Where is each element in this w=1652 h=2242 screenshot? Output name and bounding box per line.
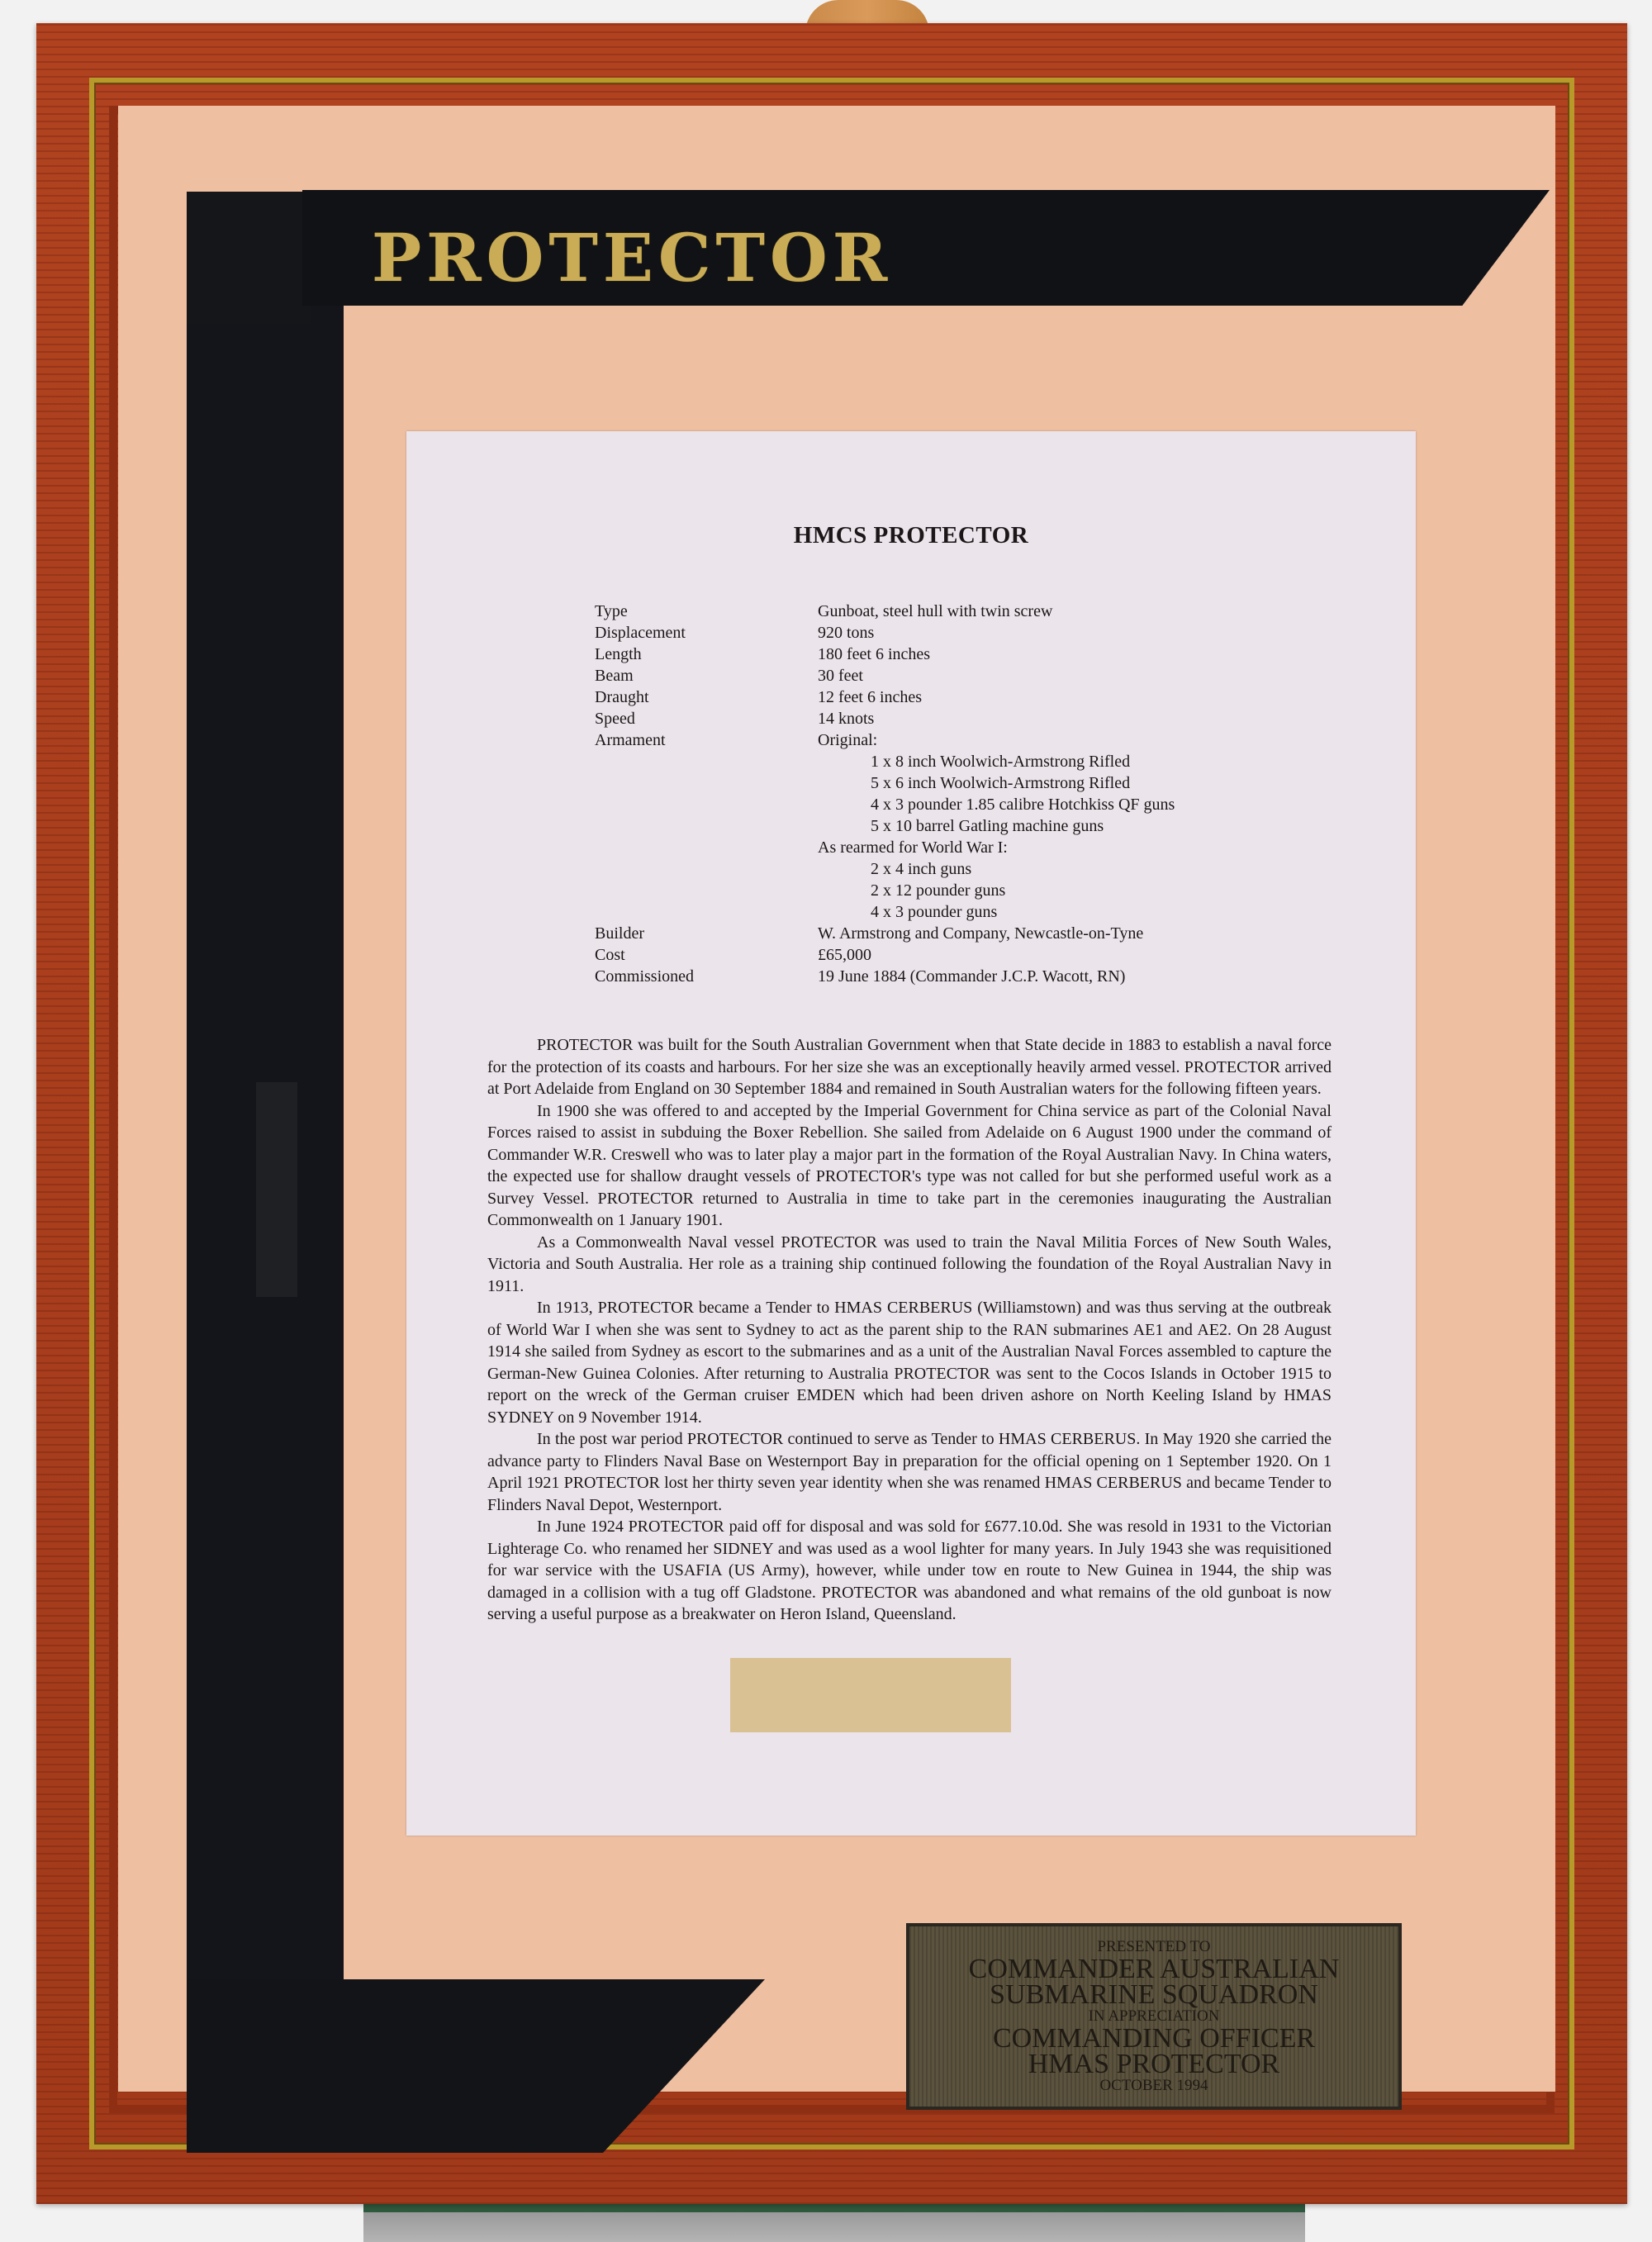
armament-item: 2 x 12 pounder guns: [818, 880, 1005, 901]
spacer: [595, 880, 818, 901]
spacer: [595, 858, 818, 880]
spacer: [595, 837, 818, 858]
spec-value: 30 feet: [818, 665, 863, 686]
spec-label: Type: [595, 601, 818, 622]
armament-item: 5 x 6 inch Woolwich-Armstrong Rifled: [818, 772, 1130, 794]
paragraph: In the post war period PROTECTOR continu…: [487, 1428, 1332, 1516]
spec-row: Beam 30 feet: [595, 665, 1175, 686]
armament-row: 5 x 6 inch Woolwich-Armstrong Rifled: [595, 772, 1175, 794]
spec-label: Armament: [595, 729, 818, 751]
paragraph: PROTECTOR was built for the South Austra…: [487, 1034, 1332, 1100]
paragraph: In June 1924 PROTECTOR paid off for disp…: [487, 1516, 1332, 1626]
armament-row: 4 x 3 pounder guns: [595, 901, 1175, 923]
spec-row: Displacement 920 tons: [595, 622, 1175, 644]
spec-row: Draught 12 feet 6 inches: [595, 686, 1175, 708]
paragraph: As a Commonwealth Naval vessel PROTECTOR…: [487, 1232, 1332, 1298]
spec-label: Commissioned: [595, 966, 818, 987]
plaque-line: COMMANDING OFFICER: [909, 2026, 1398, 2051]
spec-value: 920 tons: [818, 622, 874, 644]
spacer: [595, 815, 818, 837]
spec-row: Builder W. Armstrong and Company, Newcas…: [595, 923, 1175, 944]
spacer: [595, 772, 818, 794]
easel-base: [363, 2202, 1305, 2242]
tape-stain: [730, 1658, 1011, 1732]
spacer: [595, 901, 818, 923]
plaque-line: OCTOBER 1994: [909, 2077, 1398, 2095]
spec-row: Speed 14 knots: [595, 708, 1175, 729]
spec-value: Gunboat, steel hull with twin screw: [818, 601, 1052, 622]
spec-label: Speed: [595, 708, 818, 729]
spec-value: Original:: [818, 729, 877, 751]
spacer: [595, 794, 818, 815]
spec-label: Beam: [595, 665, 818, 686]
spec-value: W. Armstrong and Company, Newcastle-on-T…: [818, 923, 1143, 944]
cap-ribbon-end: [187, 192, 311, 324]
armament-item: 4 x 3 pounder guns: [818, 901, 997, 923]
spec-label: Cost: [595, 944, 818, 966]
armament-row: As rearmed for World War I:: [595, 837, 1175, 858]
spec-label: Draught: [595, 686, 818, 708]
spec-row: Type Gunboat, steel hull with twin screw: [595, 601, 1175, 622]
armament-row: 5 x 10 barrel Gatling machine guns: [595, 815, 1175, 837]
rearmed-label: As rearmed for World War I:: [818, 837, 1008, 858]
armament-item: 2 x 4 inch guns: [818, 858, 971, 880]
spec-row: Commissioned 19 June 1884 (Commander J.C…: [595, 966, 1175, 987]
armament-item: 1 x 8 inch Woolwich-Armstrong Rifled: [818, 751, 1130, 772]
paragraph: In 1900 she was offered to and accepted …: [487, 1100, 1332, 1232]
spec-value: £65,000: [818, 944, 871, 966]
spec-label: Builder: [595, 923, 818, 944]
document-title: HMCS PROTECTOR: [406, 522, 1416, 549]
history-document: HMCS PROTECTOR Type Gunboat, steel hull …: [406, 431, 1416, 1836]
history-narrative: PROTECTOR was built for the South Austra…: [487, 1034, 1332, 1626]
spec-row: Cost £65,000: [595, 944, 1175, 966]
spec-label: Length: [595, 644, 818, 665]
plaque-line: COMMANDER AUSTRALIAN: [909, 1956, 1398, 1982]
spec-row: Length 180 feet 6 inches: [595, 644, 1175, 665]
spec-value: 12 feet 6 inches: [818, 686, 922, 708]
ribbon-tally-text: PROTECTOR: [372, 219, 892, 297]
spec-value: 19 June 1884 (Commander J.C.P. Wacott, R…: [818, 966, 1125, 987]
armament-row: 1 x 8 inch Woolwich-Armstrong Rifled: [595, 751, 1175, 772]
paragraph: In 1913, PROTECTOR became a Tender to HM…: [487, 1297, 1332, 1428]
armament-row: 4 x 3 pounder 1.85 calibre Hotchkiss QF …: [595, 794, 1175, 815]
brass-plaque: PRESENTED TO COMMANDER AUSTRALIAN SUBMAR…: [906, 1923, 1402, 2110]
armament-row: 2 x 4 inch guns: [595, 858, 1175, 880]
ship-specifications: Type Gunboat, steel hull with twin screw…: [595, 601, 1175, 987]
spec-value: 14 knots: [818, 708, 874, 729]
spec-row: Armament Original:: [595, 729, 1175, 751]
armament-item: 5 x 10 barrel Gatling machine guns: [818, 815, 1104, 837]
ribbon-tape-patch: [256, 1082, 297, 1297]
plaque-line: SUBMARINE SQUADRON: [909, 1982, 1398, 2007]
armament-item: 4 x 3 pounder 1.85 calibre Hotchkiss QF …: [818, 794, 1175, 815]
spec-label: Displacement: [595, 622, 818, 644]
spec-value: 180 feet 6 inches: [818, 644, 930, 665]
plaque-line: HMAS PROTECTOR: [909, 2051, 1398, 2077]
armament-row: 2 x 12 pounder guns: [595, 880, 1175, 901]
spacer: [595, 751, 818, 772]
